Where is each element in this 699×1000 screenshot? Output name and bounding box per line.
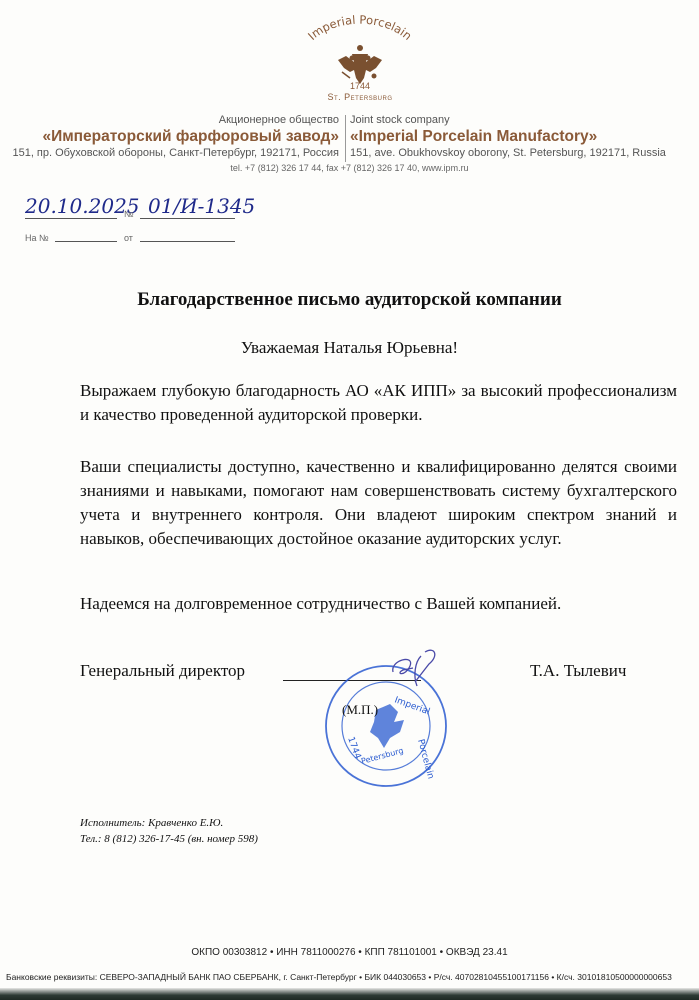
company-name-en: «Imperial Porcelain Manufactory» bbox=[350, 128, 666, 146]
number-label: № bbox=[124, 209, 134, 219]
company-logo: Imperial Porcelain 1744 St. Petersburg bbox=[290, 6, 430, 106]
letter-greeting: Уважаемая Наталья Юрьевна! bbox=[0, 338, 699, 358]
company-name-ru: «Императорский фарфоровый завод» bbox=[12, 128, 339, 146]
date-line bbox=[25, 218, 117, 219]
svg-text:Porcelain: Porcelain bbox=[415, 738, 435, 780]
footer-codes: ОКПО 00303812 • ИНН 7811000276 • КПП 781… bbox=[0, 947, 699, 958]
double-headed-eagle-icon bbox=[338, 45, 382, 84]
letterhead-russian: Акционерное общество «Императорский фарф… bbox=[12, 113, 339, 161]
svg-text:Imperial: Imperial bbox=[393, 695, 431, 717]
paragraph-2: Ваши специалисты доступно, качественно и… bbox=[80, 455, 677, 551]
handwritten-signature bbox=[385, 642, 455, 692]
logo-city: St. Petersburg bbox=[290, 92, 430, 102]
letter-number: 01/И-1345 bbox=[148, 194, 255, 218]
reply-date-line bbox=[140, 241, 235, 242]
address-ru: 151, пр. Обуховской обороны, Санкт-Петер… bbox=[12, 146, 339, 161]
seal-place-mark: (М.П.) bbox=[342, 702, 378, 718]
letterhead-divider bbox=[345, 115, 346, 162]
signer-position: Генеральный директор bbox=[80, 661, 245, 681]
svg-text:Imperial Porcelain: Imperial Porcelain bbox=[305, 13, 415, 43]
company-type-en: Joint stock company bbox=[350, 113, 666, 128]
company-type-ru: Акционерное общество bbox=[12, 113, 339, 128]
logo-year: 1744 bbox=[290, 81, 430, 91]
reply-number-line bbox=[55, 241, 117, 242]
logo-arc-text: Imperial Porcelain bbox=[305, 13, 415, 43]
letter-date: 20.10.2025 bbox=[25, 194, 140, 218]
executor-name: Исполнитель: Кравченко Е.Ю. bbox=[80, 815, 223, 831]
reply-from-label: от bbox=[124, 233, 133, 243]
reply-number-label: На № bbox=[25, 233, 49, 243]
scan-edge bbox=[0, 988, 699, 1000]
paragraph-1: Выражаем глубокую благодарность АО «АК И… bbox=[80, 379, 677, 427]
address-en: 151, ave. Obukhovskoy oborony, St. Peter… bbox=[350, 146, 666, 161]
paragraph-3: Надеемся на долговременное сотрудничеств… bbox=[80, 592, 677, 616]
signer-name: Т.А. Тылевич bbox=[530, 661, 626, 681]
footer-bank-details: Банковские реквизиты: СЕВЕРО-ЗАПАДНЫЙ БА… bbox=[6, 972, 696, 982]
letterhead-english: Joint stock company «Imperial Porcelain … bbox=[350, 113, 666, 161]
number-line bbox=[140, 218, 235, 219]
executor-phone: Тел.: 8 (812) 326-17-45 (вн. номер 598) bbox=[80, 831, 258, 847]
contacts: tel. +7 (812) 326 17 44, fax +7 (812) 32… bbox=[0, 163, 699, 173]
letter-title: Благодарственное письмо аудиторской комп… bbox=[0, 289, 699, 311]
svg-text:Petersburg: Petersburg bbox=[360, 746, 404, 766]
